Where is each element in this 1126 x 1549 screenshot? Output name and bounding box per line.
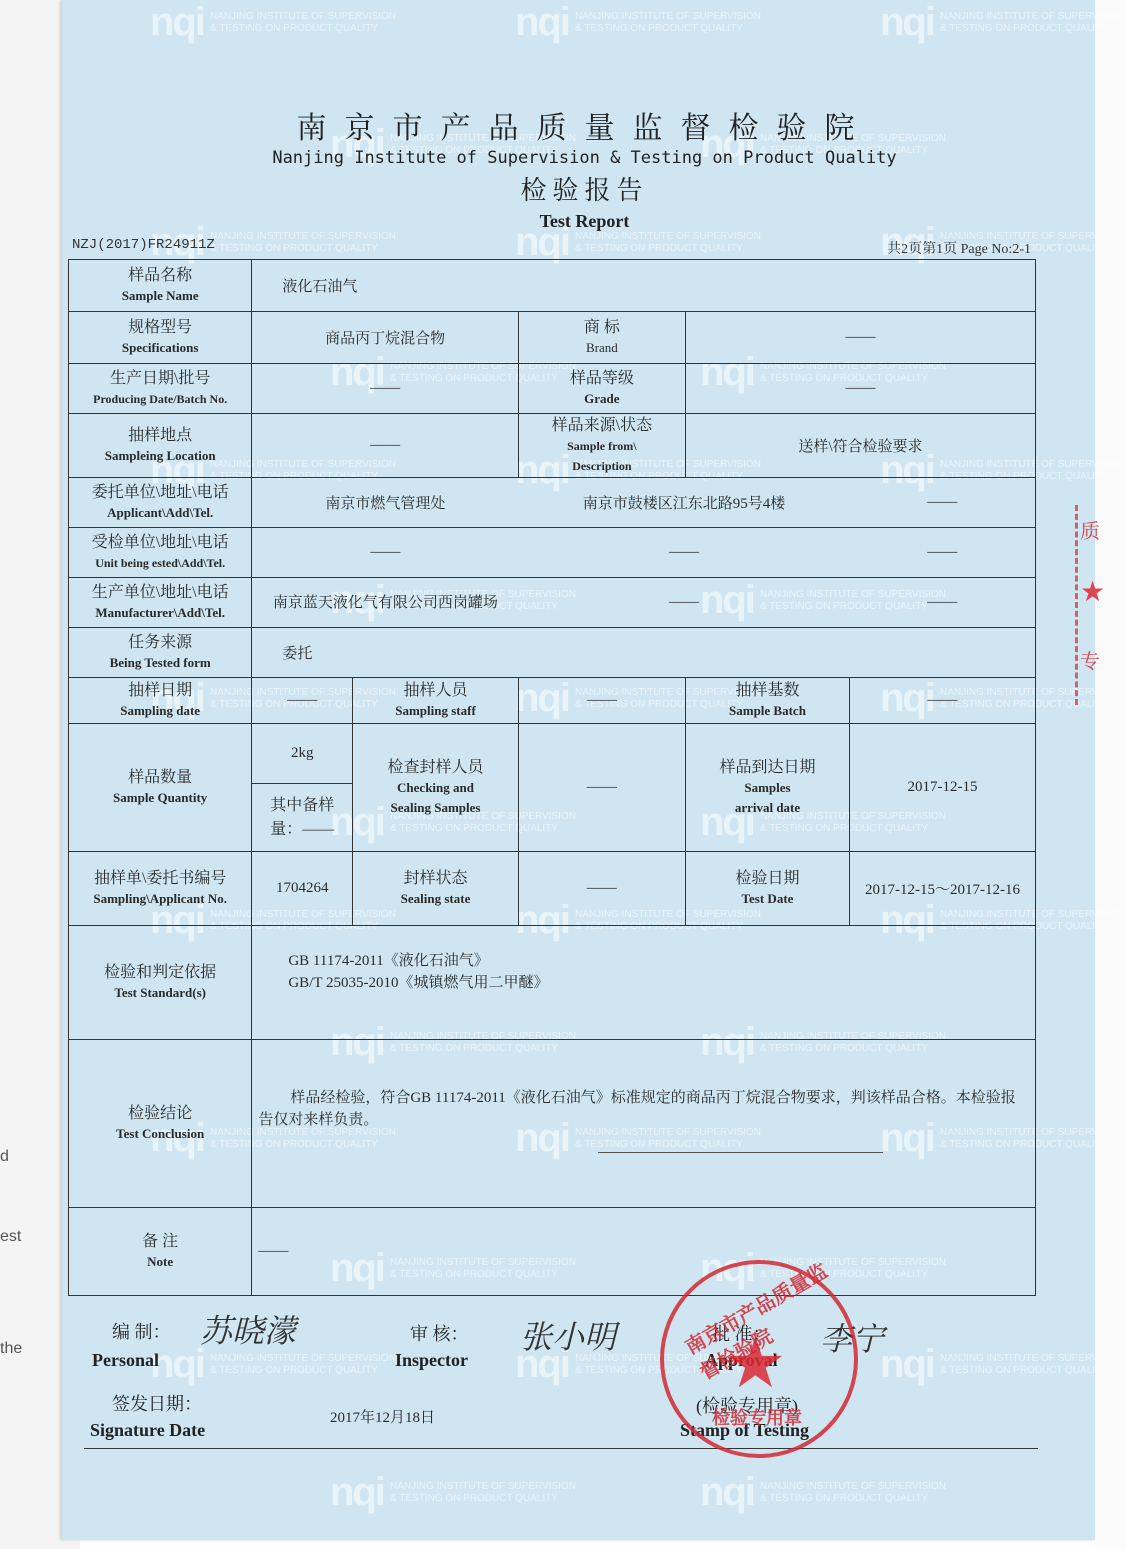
personal-label-en: Personal [92, 1350, 159, 1371]
footer-divider [84, 1448, 1038, 1449]
grade-value: —— [685, 364, 1035, 414]
brand-label: 商 标Brand [518, 312, 685, 364]
row-task-source: 任务来源Being Tested form 委托 [69, 628, 1036, 678]
row-conclusion: 检验结论Test Conclusion 样品经检验，符合GB 11174-201… [69, 1040, 1036, 1208]
underlying-text: the [0, 1340, 22, 1358]
applicant-no-label: 抽样单\委托书编号Sampling\Applicant No. [69, 852, 252, 926]
institute-name-en: Nanjing Institute of Supervision & Testi… [62, 148, 1107, 168]
row-sample-quantity: 样品数量Sample Quantity 2kg 检查封样人员Checking a… [69, 724, 1036, 784]
unit-tested-address: —— [518, 528, 849, 578]
sealing-staff-label: 检查封样人员Checking andSealing Samples [353, 724, 519, 852]
manufacturer-name: 南京蓝天液化气有限公司西岗罐场 [252, 578, 518, 628]
sample-from-value: 送样\符合检验要求 [685, 414, 1035, 478]
sealing-state-value: —— [518, 852, 685, 926]
brand-value: —— [685, 312, 1035, 364]
test-standard-item: GB 11174-2011《液化石油气》 [288, 950, 1035, 972]
seam-stamp-char: 质 [1080, 515, 1100, 544]
seam-stamp-char: 专 [1080, 645, 1100, 674]
row-producing-date: 生产日期\批号Producing Date/Batch No. —— 样品等级G… [69, 364, 1036, 414]
note-value: —— [252, 1208, 1036, 1296]
sampling-date-label: 抽样日期Sampling date [69, 678, 252, 724]
sample-batch-label: 抽样基数Sample Batch [685, 678, 849, 724]
official-stamp: ★ 南京市产品质量监督检验院 检验专用章 [660, 1260, 858, 1458]
institute-name-cn: 南京市产品质量监督检验院 [62, 103, 1107, 147]
row-test-standards: 检验和判定依据Test Standard(s) GB 11174-2011《液化… [69, 926, 1036, 1040]
row-specifications: 规格型号Specifications 商品丙丁烷混合物 商 标Brand —— [69, 312, 1036, 364]
test-date-value: 2017-12-15～2017-12-16 [850, 852, 1036, 926]
row-unit-tested: 受检单位\地址\电话Unit being ested\Add\Tel. —— —… [69, 528, 1036, 578]
conclusion-value: 样品经检验，符合GB 11174-2011《液化石油气》标准规定的商品丙丁烷混合… [252, 1040, 1036, 1208]
underlying-text: d [0, 1148, 9, 1166]
conclusion-end-line [598, 1152, 883, 1153]
note-label: 备 注Note [69, 1208, 252, 1296]
page-info: 共2页第1页 Page No:2-1 [887, 238, 1031, 258]
applicant-name: 南京市燃气管理处 [252, 478, 518, 528]
sampling-staff-value: —— [518, 678, 685, 724]
grade-label: 样品等级Grade [518, 364, 685, 414]
row-applicant-no: 抽样单\委托书编号Sampling\Applicant No. 1704264 … [69, 852, 1036, 926]
specifications-label: 规格型号Specifications [69, 312, 252, 364]
sampling-location-value: —— [252, 414, 518, 478]
signature-date-label-cn: 签发日期： [112, 1390, 202, 1416]
signature-date-label-en: Signature Date [90, 1420, 205, 1441]
sealing-state-label: 封样状态Sealing state [353, 852, 519, 926]
applicant-label: 委托单位\地址\电话Applicant\Add\Tel. [69, 478, 252, 528]
row-sampling-location: 抽样地点Sampleing Location —— 样品来源\状态Sample … [69, 414, 1036, 478]
row-applicant: 委托单位\地址\电话Applicant\Add\Tel. 南京市燃气管理处 南京… [69, 478, 1036, 528]
sample-batch-value: —— [850, 678, 1036, 724]
sampling-date-value: —— [252, 678, 353, 724]
applicant-no-value: 1704264 [252, 852, 353, 926]
applicant-tel: —— [850, 478, 1036, 528]
partial-seam-stamp: 质 ★ 专 [1075, 505, 1108, 705]
sampling-staff-label: 抽样人员Sampling staff [353, 678, 519, 724]
row-sample-name: 样品名称Sample Name 液化石油气 [69, 260, 1036, 312]
row-sampling-date: 抽样日期Sampling date —— 抽样人员Sampling staff … [69, 678, 1036, 724]
specifications-value: 商品丙丁烷混合物 [252, 312, 518, 364]
sample-name-value: 液化石油气 [252, 260, 1036, 312]
report-number: NZJ(2017)FR24911Z [72, 237, 215, 253]
page-edge [1095, 0, 1126, 1549]
task-source-value: 委托 [252, 628, 1036, 678]
row-manufacturer: 生产单位\地址\电话Manufacturer\Add\Tel. 南京蓝天液化气有… [69, 578, 1036, 628]
stamp-bottom-text: 检验专用章 [712, 1404, 802, 1430]
sample-quantity-value: 2kg [252, 724, 353, 784]
row-note: 备 注Note —— [69, 1208, 1036, 1296]
sample-name-label: 样品名称Sample Name [69, 260, 252, 312]
conclusion-label: 检验结论Test Conclusion [69, 1040, 252, 1208]
manufacturer-tel: —— [850, 578, 1036, 628]
applicant-address: 南京市鼓楼区江东北路95号4楼 [518, 478, 849, 528]
task-source-label: 任务来源Being Tested form [69, 628, 252, 678]
unit-tested-label: 受检单位\地址\电话Unit being ested\Add\Tel. [69, 528, 252, 578]
producing-date-label: 生产日期\批号Producing Date/Batch No. [69, 364, 252, 414]
personal-label-cn: 编 制： [112, 1318, 171, 1344]
arrival-date-label: 样品到达日期Samplesarrival date [685, 724, 849, 852]
inspector-signature: 张小明 [520, 1312, 616, 1358]
test-date-label: 检验日期Test Date [685, 852, 849, 926]
underlying-text: est [0, 1228, 21, 1246]
sample-from-label: 样品来源\状态Sample from\Description [518, 414, 685, 478]
test-standard-item: GB/T 25035-2010《城镇燃气用二甲醚》 [288, 972, 1035, 994]
signature-date-value: 2017年12月18日 [330, 1406, 435, 1427]
star-icon: ★ [1080, 575, 1105, 608]
inspector-label-cn: 审 核： [410, 1320, 469, 1346]
report-title-cn: 检验报告 [62, 170, 1107, 207]
producing-date-value: —— [252, 364, 518, 414]
unit-tested-tel: —— [850, 528, 1036, 578]
sample-reserve-value: 其中备样量：—— [252, 784, 353, 852]
manufacturer-address: —— [518, 578, 849, 628]
unit-tested-name: —— [252, 528, 518, 578]
report-form-table: 样品名称Sample Name 液化石油气 规格型号Specifications… [68, 259, 1036, 1296]
sealing-staff-value: —— [518, 724, 685, 852]
report-title-en: Test Report [62, 211, 1107, 232]
test-standards-label: 检验和判定依据Test Standard(s) [69, 926, 252, 1040]
inspector-label-en: Inspector [395, 1350, 468, 1371]
personal-signature: 苏晓濛 [200, 1306, 296, 1352]
sample-quantity-label: 样品数量Sample Quantity [69, 724, 252, 852]
sampling-location-label: 抽样地点Sampleing Location [69, 414, 252, 478]
test-standards-values: GB 11174-2011《液化石油气》 GB/T 25035-2010《城镇燃… [252, 926, 1036, 1040]
manufacturer-label: 生产单位\地址\电话Manufacturer\Add\Tel. [69, 578, 252, 628]
arrival-date-value: 2017-12-15 [850, 724, 1036, 852]
